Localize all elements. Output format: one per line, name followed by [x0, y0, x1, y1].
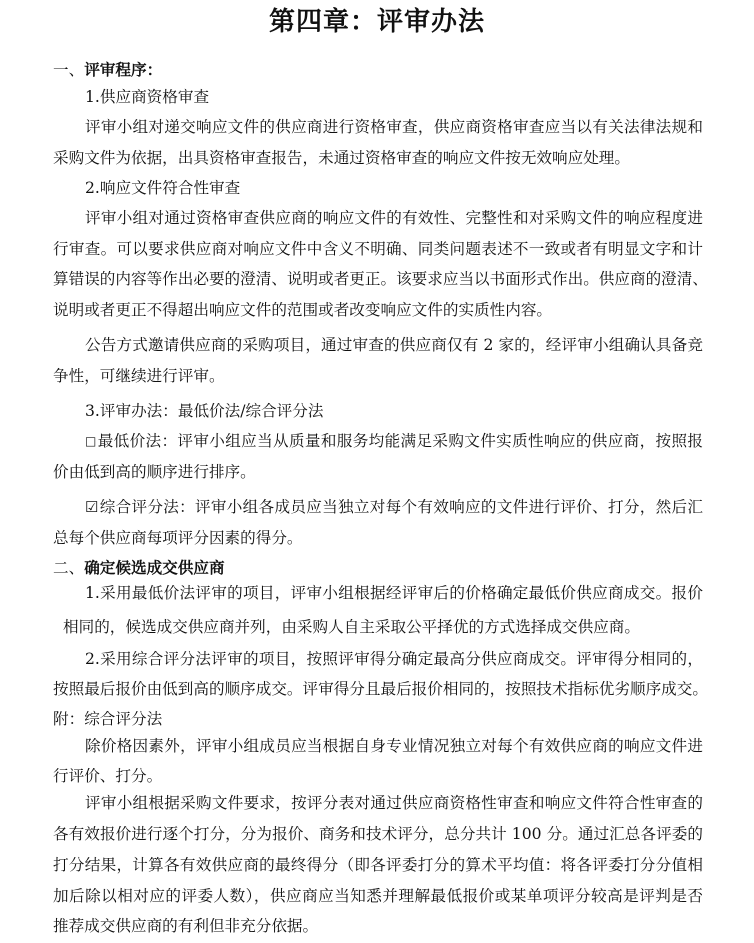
paragraph-line: 评审小组根据采购文件要求，按评分表对通过供应商资格性审查和响应文件符合性审查的: [85, 792, 703, 814]
paragraph-line: 总每个供应商每项评分因素的得分。: [53, 527, 703, 549]
section-heading-determine-supplier: 二、确定候选成交供应商: [53, 557, 703, 579]
paragraph-line: 除价格因素外，评审小组成员应当根据自身专业情况独立对每个有效供应商的响应文件进: [85, 735, 703, 757]
section-heading-review-procedure: 一、评审程序：: [53, 59, 703, 81]
paragraph-line: 说明或者更正不得超出响应文件的范围或者改变响应文件的实质性内容。: [53, 299, 703, 321]
section-title: 确定候选成交供应商: [84, 559, 224, 577]
paragraph-line: 2.采用综合评分法评审的项目，按照评审得分确定最高分供应商成交。评审得分相同的，: [85, 648, 703, 670]
option-composite-scoring: ☑综合评分法：评审小组各成员应当独立对每个有效响应的文件进行评价、打分，然后汇: [85, 496, 703, 518]
page-title: 第四章：评审办法: [0, 4, 754, 40]
option-text: 最低价法：评审小组应当从质量和服务均能满足采购文件实质性响应的供应商，按照报: [97, 432, 703, 450]
paragraph-line: 推荐成交供应商的有利但非充分依据。: [53, 915, 703, 937]
section-title: 评审程序：: [84, 61, 162, 79]
appendix-heading: 附：综合评分法: [53, 708, 703, 730]
paragraph-line: 算错误的内容等作出必要的澄清、说明或者更正。该要求应当以书面形式作出。供应商的澄…: [53, 268, 703, 290]
unchecked-checkbox-icon[interactable]: □: [85, 430, 96, 452]
section-number: 一、: [53, 61, 84, 79]
paragraph-line: 加后除以相对应的评委人数），供应商应当知悉并理解最低报价或某单项评分较高是评判是…: [53, 885, 703, 907]
paragraph-line: 按照最后报价由低到高的顺序成交。评审得分且最后报价相同的，按照技术指标优劣顺序成…: [53, 678, 703, 700]
paragraph-line: 1.采用最低价法评审的项目，评审小组根据经评审后的价格确定最低价供应商成交。报价: [85, 582, 703, 604]
paragraph-line: 评审小组对通过资格审查供应商的响应文件的有效性、完整性和对采购文件的响应程度进: [85, 207, 703, 229]
paragraph-line: 采购文件为依据，出具资格审查报告，未通过资格审查的响应文件按无效响应处理。: [53, 147, 703, 169]
subheading-review-method: 3.评审办法：最低价法/综合评分法: [85, 400, 703, 422]
paragraph-line: 相同的，候选成交供应商并列，由采购人自主采取公平择优的方式选择成交供应商。: [63, 616, 703, 638]
option-text: 综合评分法：评审小组各成员应当独立对每个有效响应的文件进行评价、打分，然后汇: [99, 498, 703, 516]
paragraph-line: 各有效报价进行逐个打分，分为报价、商务和技术评分，总分共计 100 分。通过汇总…: [53, 823, 703, 845]
subheading-conformity-review: 2.响应文件符合性审查: [85, 177, 703, 199]
paragraph-line: 公告方式邀请供应商的采购项目，通过审查的供应商仅有 2 家的，经评审小组确认具备…: [85, 334, 703, 356]
paragraph-line: 争性，可继续进行评审。: [53, 365, 703, 387]
subheading-qualification-review: 1.供应商资格审查: [85, 86, 703, 108]
paragraph-line: 价由低到高的顺序进行排序。: [53, 461, 703, 483]
paragraph-line: 行审查。可以要求供应商对响应文件中含义不明确、同类问题表述不一致或者有明显文字和…: [53, 238, 703, 260]
option-lowest-price: □最低价法：评审小组应当从质量和服务均能满足采购文件实质性响应的供应商，按照报: [85, 430, 703, 452]
paragraph-line: 评审小组对递交响应文件的供应商进行资格审查，供应商资格审查应当以有关法律法规和: [85, 116, 703, 138]
paragraph-line: 行评价、打分。: [53, 765, 703, 787]
checked-checkbox-icon[interactable]: ☑: [85, 496, 98, 518]
paragraph-line: 打分结果，计算各有效供应商的最终得分（即各评委打分的算术平均值：将各评委打分分值…: [53, 854, 703, 876]
section-number: 二、: [53, 559, 84, 577]
